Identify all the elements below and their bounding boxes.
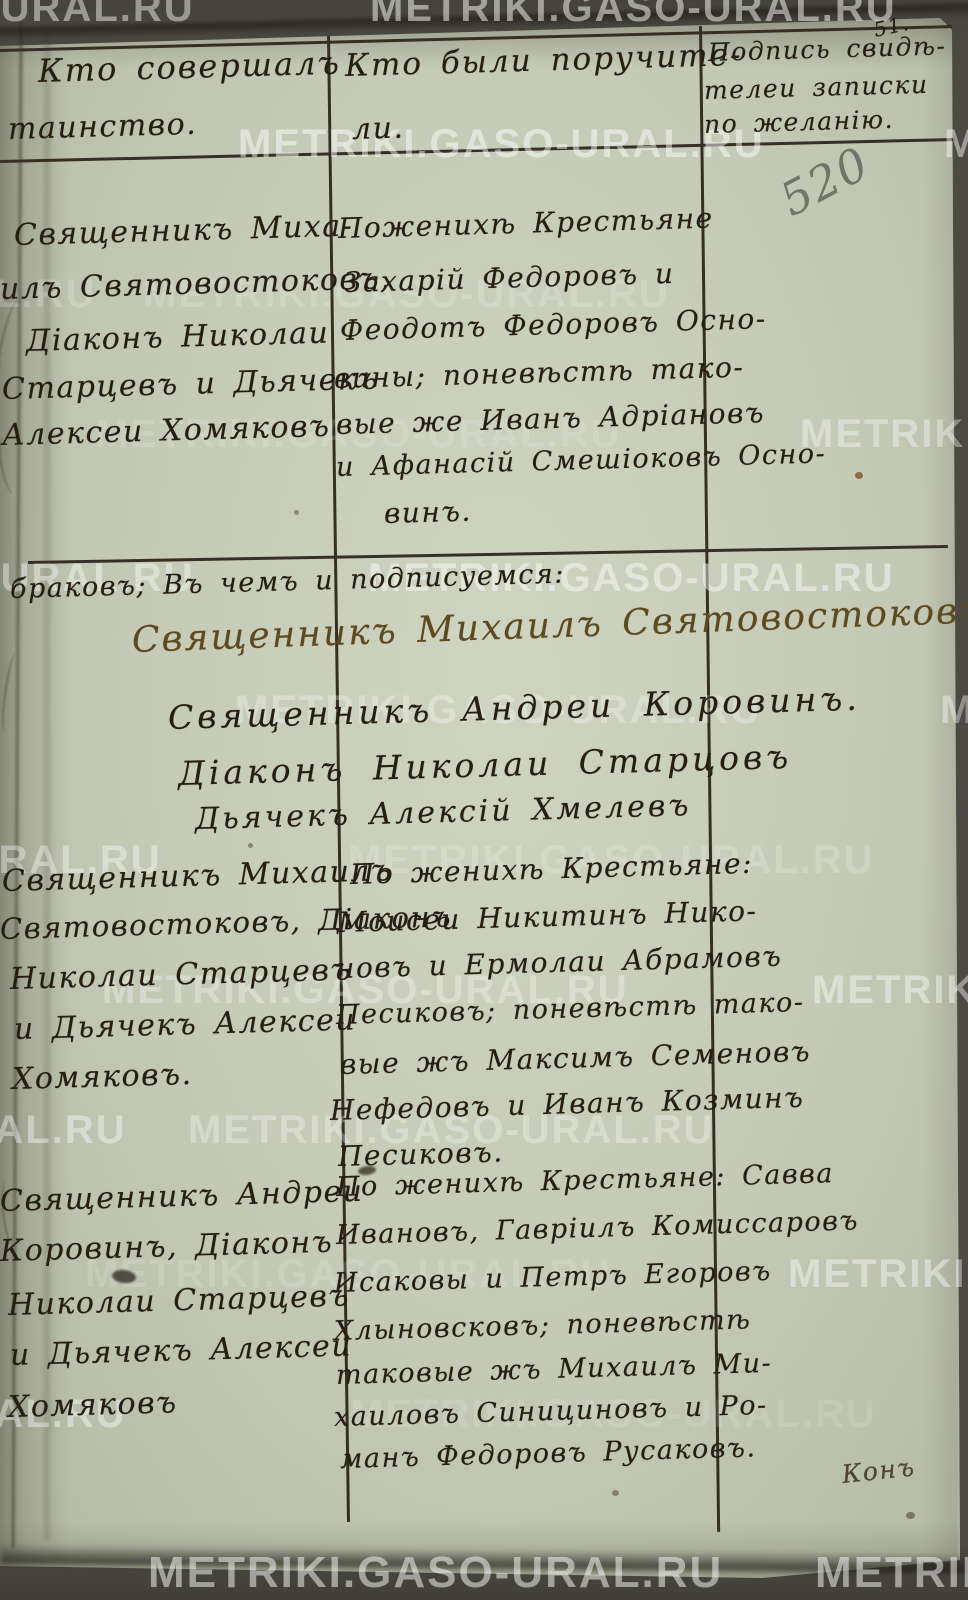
officiant-line: Хомяковъ. <box>12 1057 194 1097</box>
watermark: METRIKI.GASO-URAL.RU <box>0 0 195 31</box>
header-col2-line: ли. <box>352 111 405 147</box>
header-col3-line: по желанію. <box>704 105 895 139</box>
document-scan: METRIKI.GASO-URAL.RU METRIKI.GASO-URAL.R… <box>0 0 968 1600</box>
officiant-line: Хомяковъ <box>8 1385 179 1425</box>
guarantor-line: винъ. <box>384 495 473 530</box>
header-col1-line: таинство. <box>8 107 198 147</box>
